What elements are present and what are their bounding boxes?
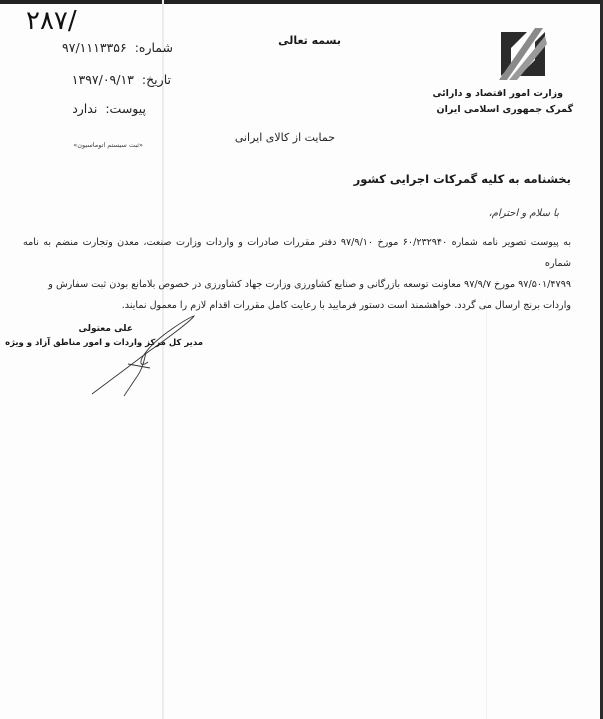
attachment-value: ندارد <box>72 101 97 116</box>
greeting: با سلام و احترام، <box>489 208 559 219</box>
letter-attachment: پیوست:ندارد <box>72 101 146 116</box>
archive-note: «ثبت سیستم اتوماسیون» <box>73 141 143 149</box>
paper-fold-line-2 <box>486 300 487 719</box>
org-ministry: وزارت امور اقتصاد و دارائی <box>432 88 563 99</box>
slogan: حمایت از کالای ایرانی <box>235 131 335 144</box>
number-value: ۹۷/۱۱۱۳۳۵۶ <box>62 40 127 55</box>
attachment-label: پیوست: <box>105 101 146 116</box>
letter-body: به پیوست تصویر نامه شماره ۶۰/۲۳۲۹۴۰ مورخ… <box>23 232 571 316</box>
body-line: به پیوست تصویر نامه شماره ۶۰/۲۳۲۹۴۰ مورخ… <box>23 232 571 274</box>
handwritten-signature-icon <box>88 312 198 398</box>
basmala-heading: بسمه تعالی <box>278 34 341 47</box>
date-label: تاریخ: <box>142 72 171 87</box>
scan-top-edge <box>0 0 603 4</box>
handwritten-number: ۲۸۷/ <box>26 6 77 36</box>
circular-title: بخشنامه به کلیه گمرکات اجرایی کشور <box>354 172 571 186</box>
letter-number: شماره:۹۷/۱۱۱۳۳۵۶ <box>62 40 173 55</box>
customs-logo-icon <box>497 26 549 82</box>
org-customs: گمرک جمهوری اسلامی ایران <box>437 104 573 115</box>
body-line: ۹۷/۵۰۱/۴۷۹۹ مورخ ۹۷/۹/۷ معاونت توسعه باز… <box>23 274 571 295</box>
letter-date: تاریخ:۱۳۹۷/۰۹/۱۳ <box>72 72 171 87</box>
number-label: شماره: <box>135 40 173 55</box>
date-value: ۱۳۹۷/۰۹/۱۳ <box>72 72 134 87</box>
